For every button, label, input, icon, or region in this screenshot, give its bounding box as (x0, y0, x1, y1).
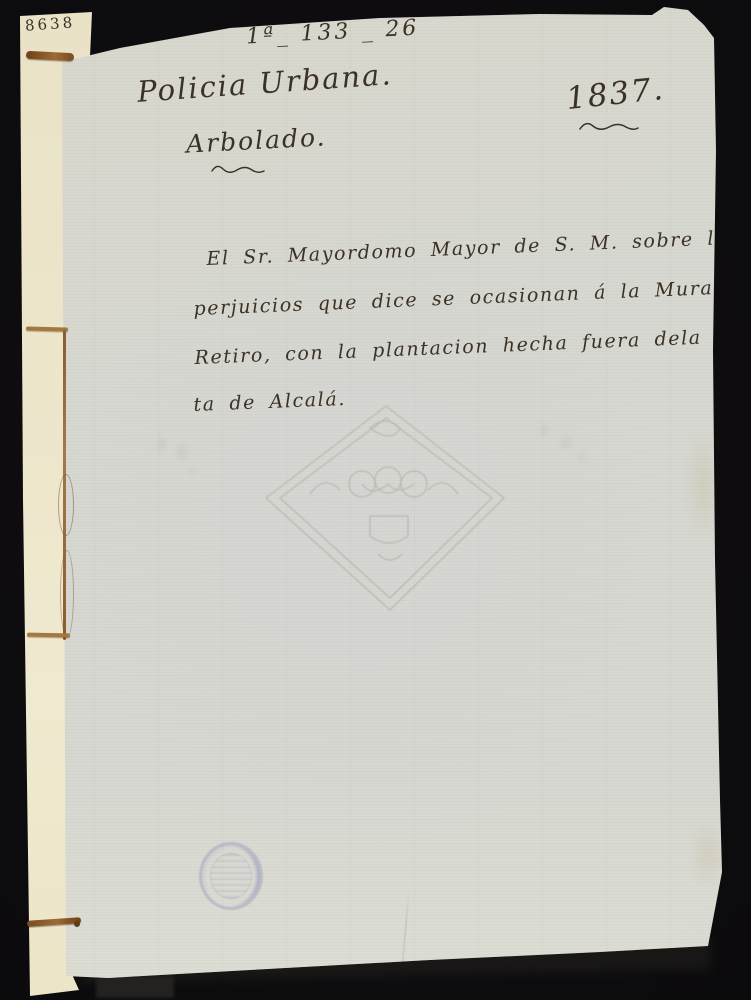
subsection-title: Arbolado. (185, 122, 327, 158)
underline-flourish (578, 120, 640, 134)
archival-photo: 8638 1ª_ 133 _ 26 Policia Urbana. Arbola… (0, 0, 751, 1000)
year-label: 1837. (564, 71, 666, 117)
underline-flourish (210, 163, 266, 175)
binding-thread-loop (60, 550, 74, 638)
body-line: Retiro, con la plantacion hecha fuera de… (194, 324, 751, 369)
show-through-marks-left (148, 422, 204, 484)
section-title: Policia Urbana. (136, 57, 393, 109)
ink-stamp (199, 842, 263, 910)
body-line: perjuicios que dice se ocasionan á la Mu… (193, 274, 751, 320)
binding-stitch-middle (27, 633, 70, 638)
page-block-edge (96, 976, 174, 998)
body-line: El Sr. Mayordomo Mayor de S. M. sobre lo… (206, 227, 740, 270)
inventory-number: 8638 (24, 13, 75, 34)
document-page: 1ª_ 133 _ 26 Policia Urbana. Arbolado. 1… (0, 0, 751, 1000)
show-through-marks-right (532, 414, 594, 478)
binding-thread-loop (58, 474, 74, 536)
paper-watermark (258, 398, 510, 620)
binding-knot (74, 921, 80, 927)
